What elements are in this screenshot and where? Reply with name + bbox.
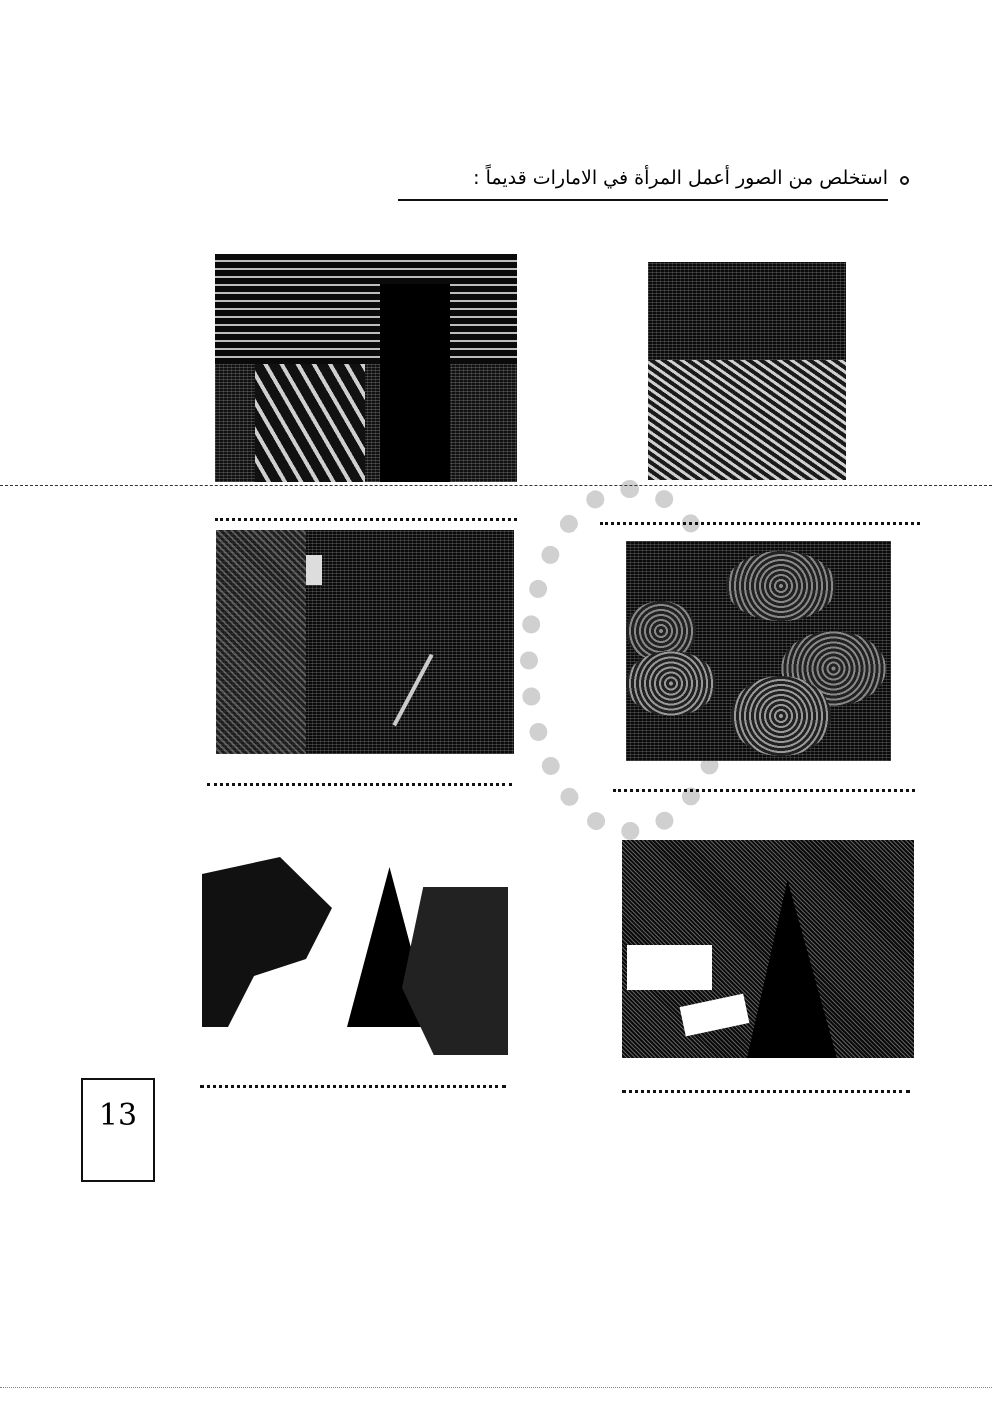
photo-weaving-loom [215,254,517,482]
answer-line-1[interactable] [215,518,517,521]
bullet-icon [900,176,909,185]
page-number-box: 13 [81,1078,155,1182]
answer-line-5[interactable] [200,1085,506,1088]
answer-line-2[interactable] [600,522,920,525]
fold-line [0,485,992,486]
photo-woman-palm-tree [622,840,914,1058]
scan-footer-line [0,1387,992,1388]
photo-woman-palms [202,837,508,1055]
answer-line-3[interactable] [207,783,512,786]
photo-woven-mats [626,541,891,761]
answer-line-6[interactable] [622,1090,910,1093]
photo-woman-indoors [216,530,514,754]
answer-line-4[interactable] [613,789,915,792]
instruction-heading: استخلص من الصور أعمل المرأة في الامارات … [398,163,888,201]
page-number: 13 [99,1098,137,1133]
photo-palm-weaving [648,262,846,480]
